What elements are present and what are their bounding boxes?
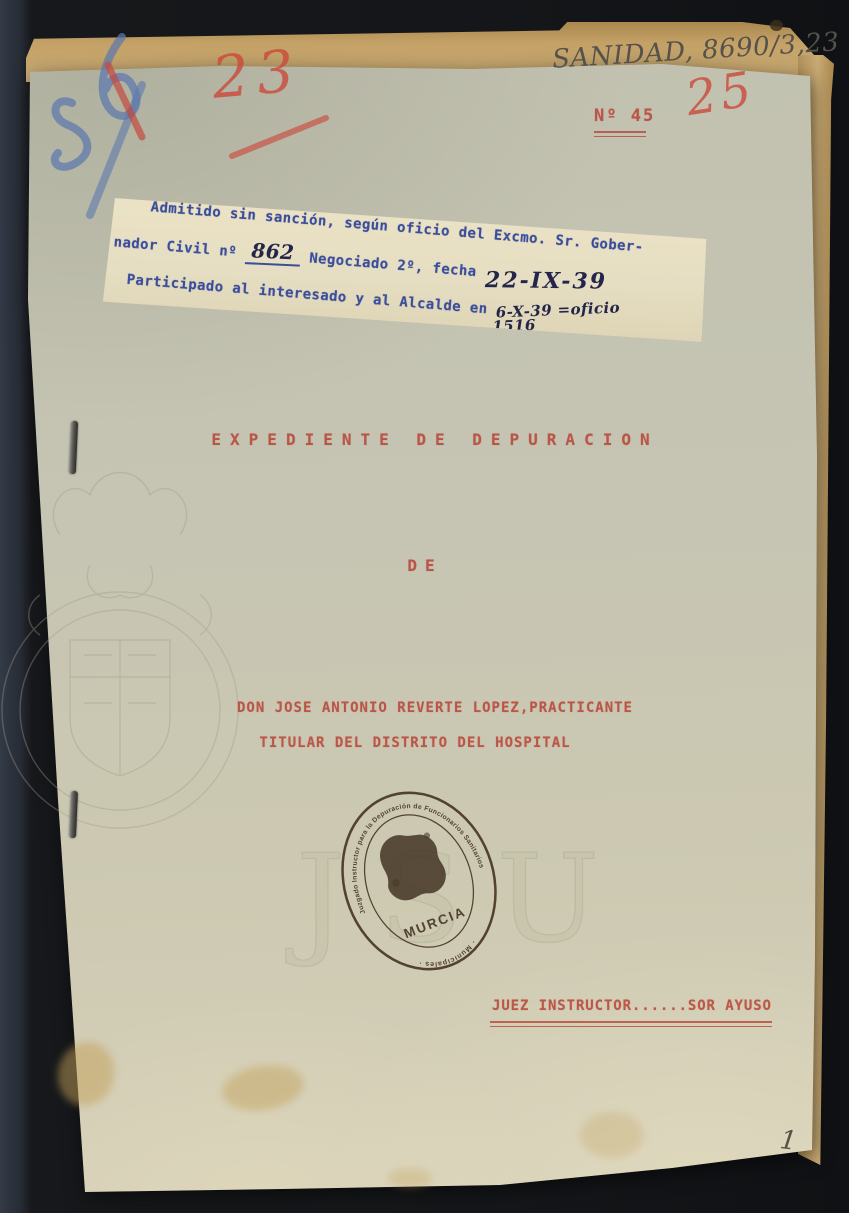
subject-name-line2: TITULAR DEL DISTRITO DEL HOSPITAL: [170, 735, 660, 751]
stamp-coat-of-arms-blob: [372, 823, 452, 907]
file-number: Nº 45: [594, 106, 655, 126]
judge-instructor-line: JUEZ INSTRUCTOR......SOR AYUSO: [492, 998, 772, 1014]
stain-3: [580, 1112, 644, 1158]
subject-name-line1: DON JOSE ANTONIO REVERTE LOPEZ,PRACTICAN…: [170, 700, 700, 716]
file-number-underline: [594, 131, 646, 137]
red-crayon-underline: [222, 98, 342, 162]
handwritten-oficio-number: 862: [245, 238, 301, 267]
embossed-crest-watermark: [0, 415, 250, 845]
admission-line2-prefix: nador Civil nº: [113, 234, 238, 260]
archive-scan: JSU 23 SANIDAD, 8690/3,23 25 Nº 45 Admit…: [0, 0, 849, 1213]
stain-4: [388, 1168, 432, 1188]
handwritten-date-2: 6-X-39 =oficio 1516: [495, 300, 620, 333]
document-title: EXPEDIENTE DE DEPURACION: [170, 430, 700, 449]
title-connector-de: DE: [170, 556, 680, 575]
red-crayon-number-25: 25: [682, 61, 759, 127]
judge-line-underline: [490, 1021, 772, 1027]
